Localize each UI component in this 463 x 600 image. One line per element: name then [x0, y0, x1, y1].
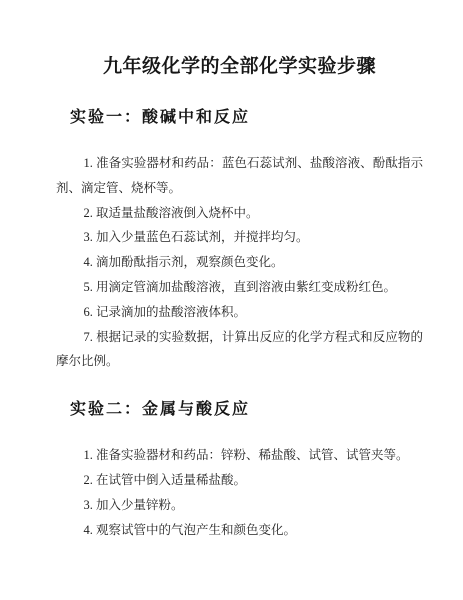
step-paragraph: 3. 加入少量锌粉。	[56, 493, 423, 518]
step-paragraph: 1. 准备实验器材和药品：蓝色石蕊试剂、盐酸溶液、酚酞指示剂、滴定管、烧杯等。	[56, 151, 423, 201]
step-list: 1. 准备实验器材和药品：锌粉、稀盐酸、试管、试管夹等。2. 在试管中倒入适量稀…	[56, 443, 423, 542]
step-paragraph: 7. 根据记录的实验数据，计算出反应的化学方程式和反应物的摩尔比例。	[56, 325, 423, 375]
page-title: 九年级化学的全部化学实验步骤	[56, 54, 423, 80]
step-paragraph: 5. 用滴定管滴加盐酸溶液，直到溶液由紫红变成粉红色。	[56, 275, 423, 300]
step-paragraph: 6. 记录滴加的盐酸溶液体积。	[56, 300, 423, 325]
step-paragraph: 4. 滴加酚酞指示剂，观察颜色变化。	[56, 250, 423, 275]
step-paragraph: 1. 准备实验器材和药品：锌粉、稀盐酸、试管、试管夹等。	[56, 443, 423, 468]
document-page: 九年级化学的全部化学实验步骤 实验一：酸碱中和反应 1. 准备实验器材和药品：蓝…	[0, 0, 463, 600]
experiment-section: 实验二：金属与酸反应 1. 准备实验器材和药品：锌粉、稀盐酸、试管、试管夹等。2…	[56, 398, 423, 542]
step-paragraph: 4. 观察试管中的气泡产生和颜色变化。	[56, 518, 423, 543]
experiment-section: 实验一：酸碱中和反应 1. 准备实验器材和药品：蓝色石蕊试剂、盐酸溶液、酚酞指示…	[56, 106, 423, 374]
step-paragraph: 3. 加入少量蓝色石蕊试剂，并搅拌均匀。	[56, 225, 423, 250]
step-paragraph: 2. 在试管中倒入适量稀盐酸。	[56, 468, 423, 493]
step-list: 1. 准备实验器材和药品：蓝色石蕊试剂、盐酸溶液、酚酞指示剂、滴定管、烧杯等。2…	[56, 151, 423, 374]
section-heading: 实验二：金属与酸反应	[70, 398, 423, 422]
step-paragraph: 2. 取适量盐酸溶液倒入烧杯中。	[56, 201, 423, 226]
section-heading: 实验一：酸碱中和反应	[70, 106, 423, 130]
